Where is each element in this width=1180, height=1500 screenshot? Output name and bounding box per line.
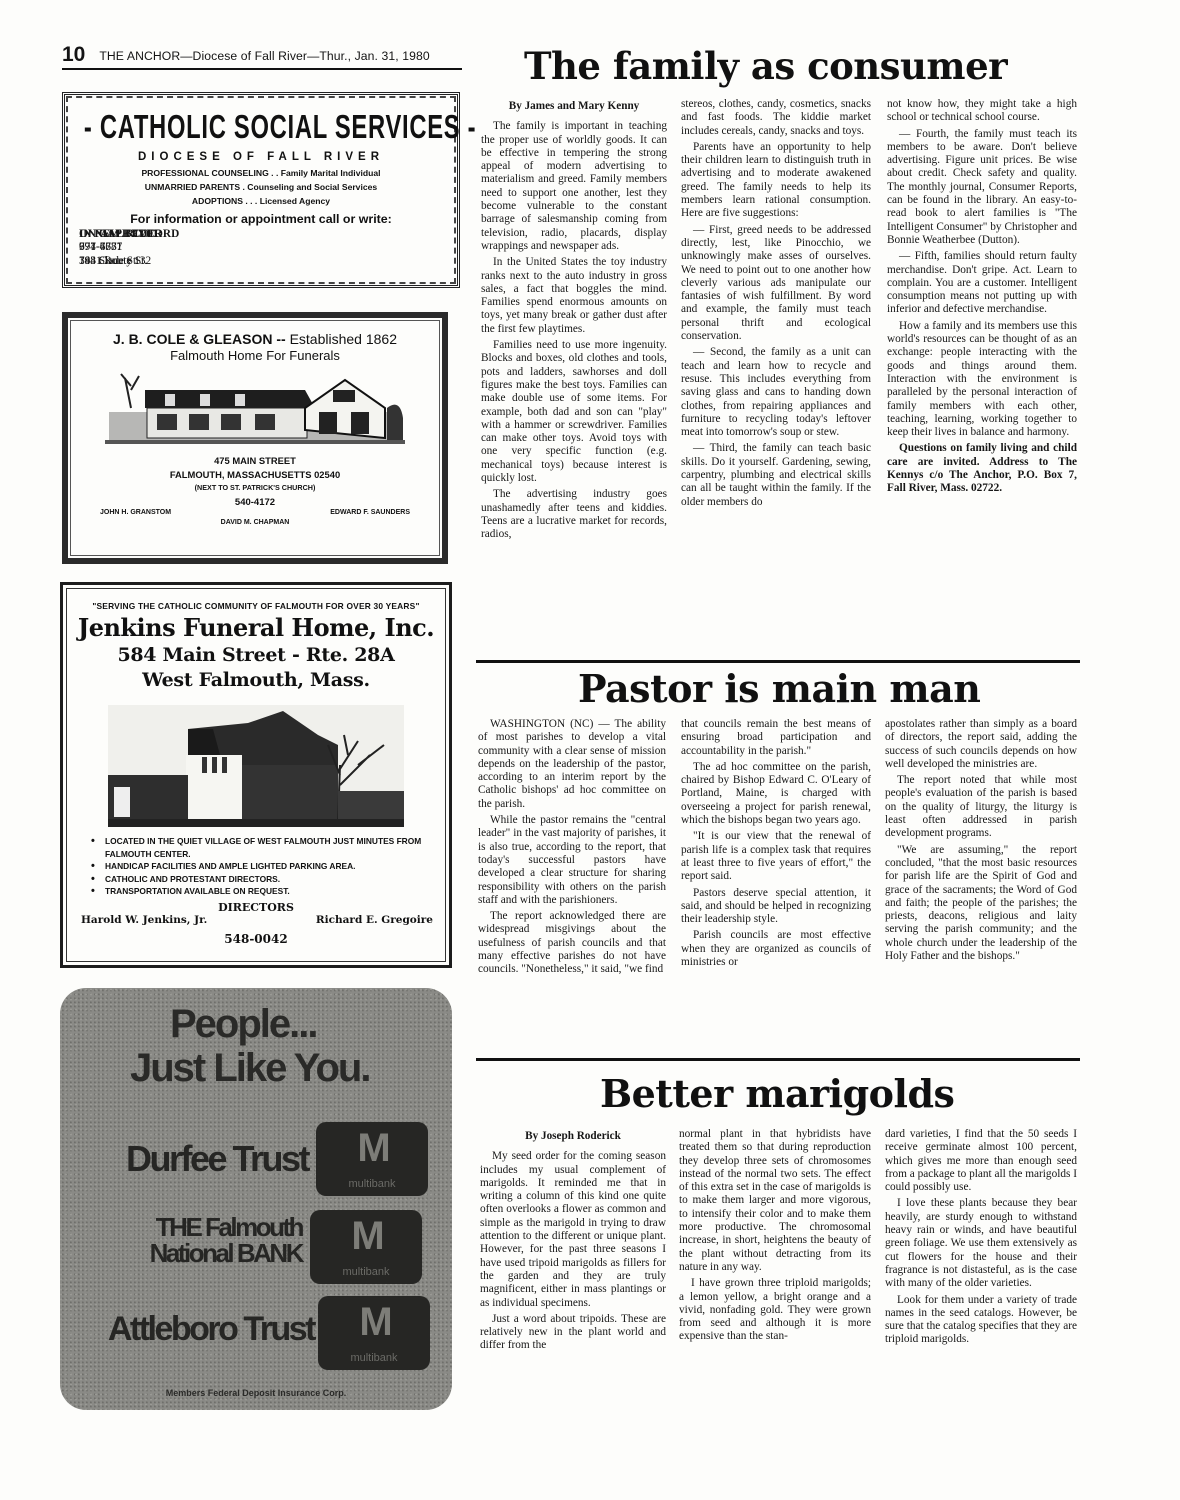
paragraph: Parents have an opportunity to help thei… [681, 141, 871, 221]
article-column: not know how, they might take a high sch… [887, 98, 1077, 499]
page-masthead: 10 THE ANCHOR—Diocese of Fall River—Thur… [62, 44, 462, 70]
logo-mark: M [320, 1218, 412, 1254]
bank-name-falmouth: THE Falmouth National BANK [80, 1214, 302, 1266]
ad-info-line: For information or appointment call or w… [75, 212, 447, 226]
feature-list: LOCATED IN THE QUIET VILLAGE OF WEST FAL… [73, 835, 439, 898]
closing-note: Questions on family living and child car… [887, 442, 1077, 495]
article-column: dard varieties, I find that the 50 seeds… [885, 1128, 1077, 1350]
directors-label: DIRECTORS [73, 901, 439, 914]
office-heading: ON CAPE COD [79, 228, 208, 241]
paragraph: I love these plants because they bear he… [885, 1197, 1077, 1290]
ad-business-name: Jenkins Funeral Home, Inc. [73, 613, 439, 643]
article-column: WASHINGTON (NC) — The ability of most pa… [478, 718, 666, 980]
service-line: UNMARRIED PARENTS . Counseling and Socia… [75, 180, 447, 194]
paragraph: While the pastor remains the "central le… [478, 814, 666, 907]
article-headline: The family as consumer [524, 44, 1007, 88]
director-list: JOHN H. GRANSTOM EDWARD F. SAUNDERS DAVI… [78, 509, 432, 531]
ad-business-name: J. B. COLE & GLEASON -- [113, 331, 286, 347]
ad-cole-gleason: J. B. COLE & GLEASON -- Established 1862… [62, 312, 448, 564]
logo-mark: M [328, 1304, 420, 1340]
service-line: PROFESSIONAL COUNSELING . . Family Marit… [75, 166, 447, 180]
ad-phone: 548-0042 [73, 932, 439, 946]
paragraph: The report noted that while most people'… [885, 774, 1077, 840]
paragraph: The report acknowledged there are widesp… [478, 910, 666, 976]
director-name: JOHN H. GRANSTOM [100, 509, 171, 516]
paragraph: — Fourth, the family must teach its memb… [887, 128, 1077, 248]
funeral-home-illustration [105, 368, 405, 452]
ad-city: FALMOUTH, MASSACHUSETTS 02540 [78, 468, 432, 482]
ad-fdic-notice: Members Federal Deposit Insurance Corp. [60, 1388, 452, 1398]
ad-tagline: "SERVING THE CATHOLIC COMMUNITY OF FALMO… [73, 601, 439, 611]
office-phone: 771-6771 [79, 241, 208, 254]
publication-title: THE ANCHOR—Diocese of Fall River—Thur., … [99, 49, 429, 65]
ad-slogan-line1: People... [170, 1002, 452, 1047]
logo-text: multibank [316, 1178, 428, 1190]
director-name: Richard E. Gregoire [316, 914, 433, 926]
article-column: normal plant in that hybridists have tre… [679, 1128, 871, 1347]
paragraph: The ad hoc committee on the parish, chai… [681, 761, 871, 827]
article-byline: By James and Mary Kenny [481, 100, 667, 113]
bank-name-line: National BANK [80, 1240, 302, 1266]
ad-phone: 540-4172 [78, 497, 432, 509]
paragraph: normal plant in that hybridists have tre… [679, 1128, 871, 1274]
paragraph: Pastors deserve special attention, it sa… [681, 887, 871, 927]
bank-name-durfee: Durfee Trust [80, 1138, 308, 1180]
section-divider [476, 1058, 1080, 1061]
feature-item: TRANSPORTATION AVAILABLE ON REQUEST. [91, 885, 439, 898]
ad-street: 584 Main Street - Rte. 28A [73, 643, 439, 668]
article-column: By James and Mary Kenny The family is im… [481, 98, 667, 545]
paragraph: Parish councils are most effective when … [681, 929, 871, 969]
ad-slogan-line2: Just Like You. [130, 1046, 452, 1091]
multibank-logo-icon: M multibank [318, 1296, 430, 1370]
ad-established: Established 1862 [290, 331, 397, 347]
paragraph: — Fifth, families should return faulty m… [887, 250, 1077, 316]
paragraph: stereos, clothes, candy, cosmetics, snac… [681, 98, 871, 138]
paragraph: Families need to use more ingenuity. Blo… [481, 339, 667, 485]
logo-mark: M [326, 1130, 418, 1166]
paragraph: Look for them under a variety of trade n… [885, 1294, 1077, 1347]
ad-note: (NEXT TO ST. PATRICK'S CHURCH) [78, 482, 432, 494]
feature-item: CATHOLIC AND PROTESTANT DIRECTORS. [91, 873, 439, 886]
ad-subtitle: Falmouth Home For Funerals [78, 348, 432, 364]
paragraph: The advertising industry goes unashamedl… [481, 488, 667, 541]
page-number: 10 [62, 44, 85, 65]
ad-street: 475 MAIN STREET [78, 454, 432, 468]
ad-multibank: People... Just Like You. Durfee Trust M … [60, 988, 452, 1410]
logo-text: multibank [310, 1266, 422, 1278]
funeral-home-photo [108, 705, 404, 827]
logo-text: multibank [318, 1352, 430, 1364]
multibank-logo-icon: M multibank [316, 1122, 428, 1196]
paragraph: WASHINGTON (NC) — The ability of most pa… [478, 718, 666, 811]
paragraph: — Second, the family as a unit can teach… [681, 346, 871, 439]
paragraph: apostolates rather than simply as a boar… [885, 718, 1077, 771]
article-column: apostolates rather than simply as a boar… [885, 718, 1077, 966]
paragraph: The family is important in teaching the … [481, 120, 667, 253]
article-column: By Joseph Roderick My seed order for the… [480, 1128, 666, 1356]
feature-item: LOCATED IN THE QUIET VILLAGE OF WEST FAL… [91, 835, 439, 860]
director-name: Harold W. Jenkins, Jr. [81, 914, 207, 926]
office-address: 1441 Route 132 [79, 255, 208, 268]
paragraph: "We are assuming," the report concluded,… [885, 844, 1077, 964]
ad-catholic-social-services: - CATHOLIC SOCIAL SERVICES - DIOCESE OF … [62, 92, 460, 288]
article-byline: By Joseph Roderick [480, 1130, 666, 1143]
paragraph: I have grown three triploid marigolds; a… [679, 1277, 871, 1343]
article-column: stereos, clothes, candy, cosmetics, snac… [681, 98, 871, 512]
paragraph: How a family and its members use this wo… [887, 320, 1077, 440]
ad-diocese: DIOCESE OF FALL RIVER [75, 151, 447, 163]
paragraph: My seed order for the coming season incl… [480, 1150, 666, 1310]
multibank-logo-icon: M multibank [310, 1210, 422, 1284]
bank-name-attleboro: Attleboro Trust [70, 1310, 314, 1349]
bank-name-line: THE Falmouth [80, 1214, 302, 1240]
paragraph: that councils remain the best means of e… [681, 718, 871, 758]
paragraph: In the United States the toy industry ra… [481, 256, 667, 336]
office-cape-cod: ON CAPE COD 771-6771 1441 Route 132 [79, 228, 208, 268]
paragraph: — First, greed needs to be addressed dir… [681, 224, 871, 344]
paragraph: — Third, the family can teach basic skil… [681, 442, 871, 508]
article-column: that councils remain the best means of e… [681, 718, 871, 972]
director-name: DAVID M. CHAPMAN [78, 519, 432, 526]
feature-item: HANDICAP FACILITIES AND AMPLE LIGHTED PA… [91, 860, 439, 873]
section-divider [476, 660, 1080, 663]
director-name: EDWARD F. SAUNDERS [330, 509, 410, 516]
paragraph: not know how, they might take a high sch… [887, 98, 1077, 125]
paragraph: dard varieties, I find that the 50 seeds… [885, 1128, 1077, 1194]
service-line: ADOPTIONS . . . Licensed Agency [75, 194, 447, 208]
ad-town: West Falmouth, Mass. [73, 668, 439, 693]
article-headline: Better marigolds [600, 1070, 954, 1118]
article-headline: Pastor is main man [578, 666, 980, 712]
ad-title: - CATHOLIC SOCIAL SERVICES - [84, 109, 438, 145]
ad-jenkins-funeral-home: "SERVING THE CATHOLIC COMMUNITY OF FALMO… [60, 582, 452, 968]
paragraph: Just a word about tripoids. These are re… [480, 1313, 666, 1353]
paragraph: "It is our view that the renewal of pari… [681, 830, 871, 883]
director-list: Harold W. Jenkins, Jr. Richard E. Gregoi… [73, 914, 439, 930]
